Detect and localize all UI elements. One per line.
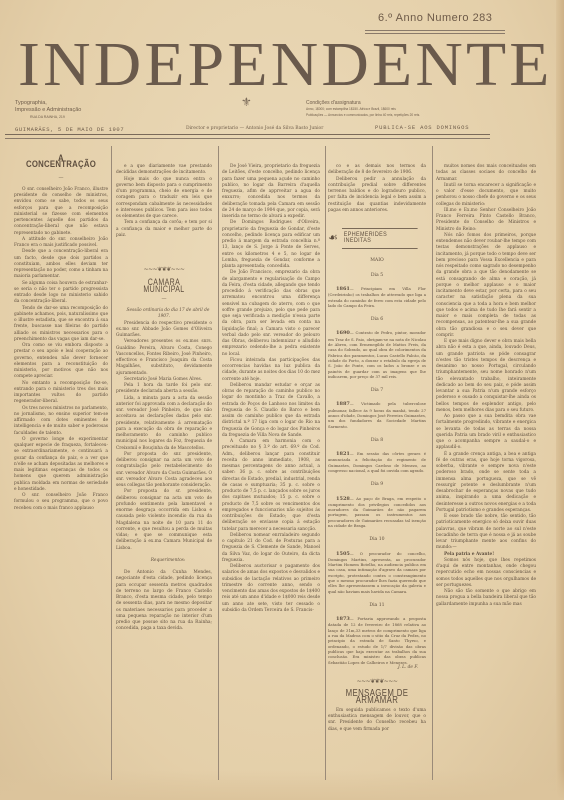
paragraph: De José Vieira, proprietario da freguezi… [222, 164, 320, 220]
printing-line1: Typographia, [15, 100, 81, 107]
article-heading-camara: CAMARA MUNICIPAL [127, 279, 202, 292]
year: 1873 [336, 616, 350, 622]
paragraph: e a que diariamente vae prestando decidi… [116, 164, 212, 177]
newspaper-title: INDEPENDENTE [18, 34, 506, 96]
ephemeris-entry: Dia 11 1873— Portaria approvando a propo… [328, 603, 426, 665]
paper-edge [556, 0, 564, 800]
paragraph: A Camara em harmonia com o preceituado n… [222, 439, 320, 533]
column-divider [111, 146, 112, 780]
paragraph: Desde que a concentração-liberal era um … [14, 249, 108, 280]
column-divider [325, 146, 326, 780]
paragraph: muitos nomes dos mais conceituados em to… [436, 164, 536, 183]
paragraph: Os tres novos ministros no parlamento, n… [14, 406, 108, 437]
column-3: De José Vieira, proprietario da freguezi… [222, 164, 320, 614]
paragraph: Ficou inteirada das participações das oc… [222, 358, 320, 383]
paragraph: É a grande crença antiga, a bea e antiga… [436, 452, 536, 515]
paragraph: Inutil se torna encarecer a significação… [436, 183, 536, 208]
fleur-de-lis-icon: ⚜ [241, 98, 251, 106]
column-4: co e as demais nos termos da deliberação… [328, 164, 426, 733]
director-line: Director e proprietario — Antonio José d… [186, 126, 323, 131]
paragraph: Deliberou auctorisar o pagamento dos sal… [222, 564, 320, 614]
publication-schedule: PUBLICA-SE AOS DOMINGOS [375, 124, 469, 131]
paper-edge-bottom [0, 770, 564, 800]
subscription-conditions: Condições d'assignatura Anno, 1$000; com… [306, 100, 420, 118]
issue-number: 6.º Anno Numero 283 [378, 12, 500, 24]
paragraph: De Antonio da Cunha Mendes, negociante d… [116, 570, 212, 633]
ornament-divider: ~~~❦❦❦~~~ [116, 267, 212, 273]
year: 1690 [336, 330, 350, 336]
month-label: MAIO [328, 258, 426, 264]
session-date: Sessão ordinaria do dia 17 de abril de 1… [116, 308, 212, 321]
paragraph: Deliberou nomear enrraladeiro segundo o … [222, 533, 320, 564]
ephemeris-entry: Dia 5 1861— Principiam em Villa Flor (Ce… [328, 273, 426, 308]
paragraph: Por proposta do sr. presidente, delibero… [116, 489, 212, 552]
paragraph: E esse brado tão nobre, tão sentido, tão… [436, 514, 536, 552]
newspaper-page: 6.º Anno Numero 283 INDEPENDENTE Typogra… [0, 0, 564, 800]
paragraph: O governo longe de experimentar qualquer… [14, 437, 108, 493]
column-2: e a que diariamente vae prestando decidi… [116, 164, 212, 633]
paragraph: Por proposta do snr. presidente, deliber… [116, 452, 212, 490]
ephemeris-entry: Dia 8 1821— Em sessão das côrtes geraes … [328, 438, 426, 473]
paragraph: O snr. conselheiro João Franco formulou … [14, 493, 108, 512]
header-rule-thin [5, 138, 490, 139]
paragraph: Se alguma coisa houvera de estranhar-se … [14, 281, 108, 306]
paragraph: Tendo de dar-se uma recomposição do gabi… [14, 306, 108, 344]
paragraph: Pela 1 hora da tarde foi pelo snr. presi… [116, 383, 212, 396]
divider-dash: — [14, 175, 108, 181]
paragraph: De Domingos Rodrigues d'Oliveira, propri… [222, 220, 320, 270]
year: 1528 [336, 496, 350, 502]
paragraph: Vereadores presentes os ex.mos snrs. Gua… [116, 339, 212, 377]
ephemeris-entry: Dia 7 1887— Victimado pela tuberculose p… [328, 388, 426, 429]
ephemeris-entry: Dia 10 1505— O procurador do concelho, D… [328, 537, 426, 594]
paragraph: Não são tão somente o que abrigo em noss… [436, 589, 536, 608]
ephemerides-title: EPHEMERIDES INEDITAS [342, 228, 418, 249]
date-line: GUIMARÃES, 5 DE MAIO DE 1907 [15, 126, 124, 133]
article-heading-concentracao: A CONCENTRAÇÃO [22, 156, 99, 169]
day-label: Dia 11 [328, 603, 426, 609]
year: 1887 [336, 401, 350, 407]
paragraph: A attitude do snr. conselheiro João Fran… [14, 237, 108, 250]
year: 1505 [336, 551, 350, 557]
subheading-requerimentos: Requerimentos: [116, 558, 212, 564]
paragraph: Ao passo que a sua bemdita obra vae fort… [436, 414, 536, 452]
year: 1821 [336, 451, 350, 457]
article-heading-mensagem: MENSAGEM DE ARMAMAR [339, 691, 415, 704]
paragraph: co e as demais nos termos da deliberação… [328, 164, 426, 177]
column-5: muitos nomes dos mais conceituados em to… [436, 164, 536, 608]
paragraph: Presidencia do respectivo presidente o e… [116, 321, 212, 340]
paragraph: Nós não fomos dos primeiros, porque ente… [436, 233, 536, 339]
paragraph: Ill.mo e Ex.mo Senhor Conselheiro João F… [436, 208, 536, 233]
ephemeris-entry: Dia 6 1690— Contrato de Pedro, pintor, m… [328, 317, 426, 379]
divider-dash: — [116, 296, 212, 302]
ephemerides-header: ☙ EPHEMERIDES INEDITAS [328, 228, 426, 249]
entry-text: — O procurador do concelho, Domingos Mar… [328, 551, 426, 594]
printing-address: RUA DA RAINHA, 219 [15, 114, 81, 121]
entry-text: — Contrato de Pedro, pintor, morador em … [328, 330, 426, 378]
year: 1861 [336, 286, 350, 292]
conditions-line2: Publicações — Annuncios e communicados, … [306, 112, 420, 118]
paragraph: Ora como se viu embora disposto a presta… [14, 343, 108, 381]
day-label: Dia 6 [328, 317, 426, 323]
printing-line2: Impressão e Administração [15, 107, 81, 114]
paragraph: Somos nós hoje, que lhes repetimos d'aqu… [436, 558, 536, 589]
printing-info: Typographia, Impressão e Administração R… [15, 100, 81, 121]
column-divider [218, 146, 219, 780]
header-rule [5, 134, 490, 135]
day-label: Dia 7 [328, 388, 426, 394]
paragraph: O snr. conselheiro João Franco, illustre… [14, 187, 108, 237]
ornament-hand-icon: ☙ [328, 235, 342, 241]
paragraph: Deliberou pedir a annulação da contribui… [328, 177, 426, 215]
paragraph: Tem a confiança da corôa; e tem por si a… [116, 220, 212, 239]
paragraph: Deliberou mandar estudar e orçar as obra… [222, 383, 320, 439]
ephemeris-entry: Dia 9 1528— Ao paço de Braga, em respeit… [328, 482, 426, 528]
paragraph: Em seguida publicamos o texto d'uma enth… [328, 708, 426, 733]
paragraph: E que mais digno dever e obra mais bella… [436, 339, 536, 414]
ornament-divider: ~~~❦❦❦~~~ [328, 679, 426, 685]
day-label: Dia 10 [328, 537, 426, 543]
paragraph: De João Francisco, emprezario da obra de… [222, 270, 320, 358]
signature: J. L. de F. [328, 665, 426, 671]
entry-text: — Portaria approvando a proposta datada … [328, 616, 426, 664]
day-label: Dia 9 [328, 482, 426, 488]
paragraph: Lida, a minuta para a acta da sessão ant… [116, 396, 212, 452]
paragraph: Hoje mais do que nunca entra o governo b… [116, 177, 212, 221]
column-1: A CONCENTRAÇÃO — O snr. conselheiro João… [14, 146, 108, 512]
day-label: Dia 5 [328, 273, 426, 279]
column-divider [432, 146, 433, 780]
day-label: Dia 8 [328, 438, 426, 444]
paragraph: No emtanto a recomposição fez-se, entran… [14, 381, 108, 406]
